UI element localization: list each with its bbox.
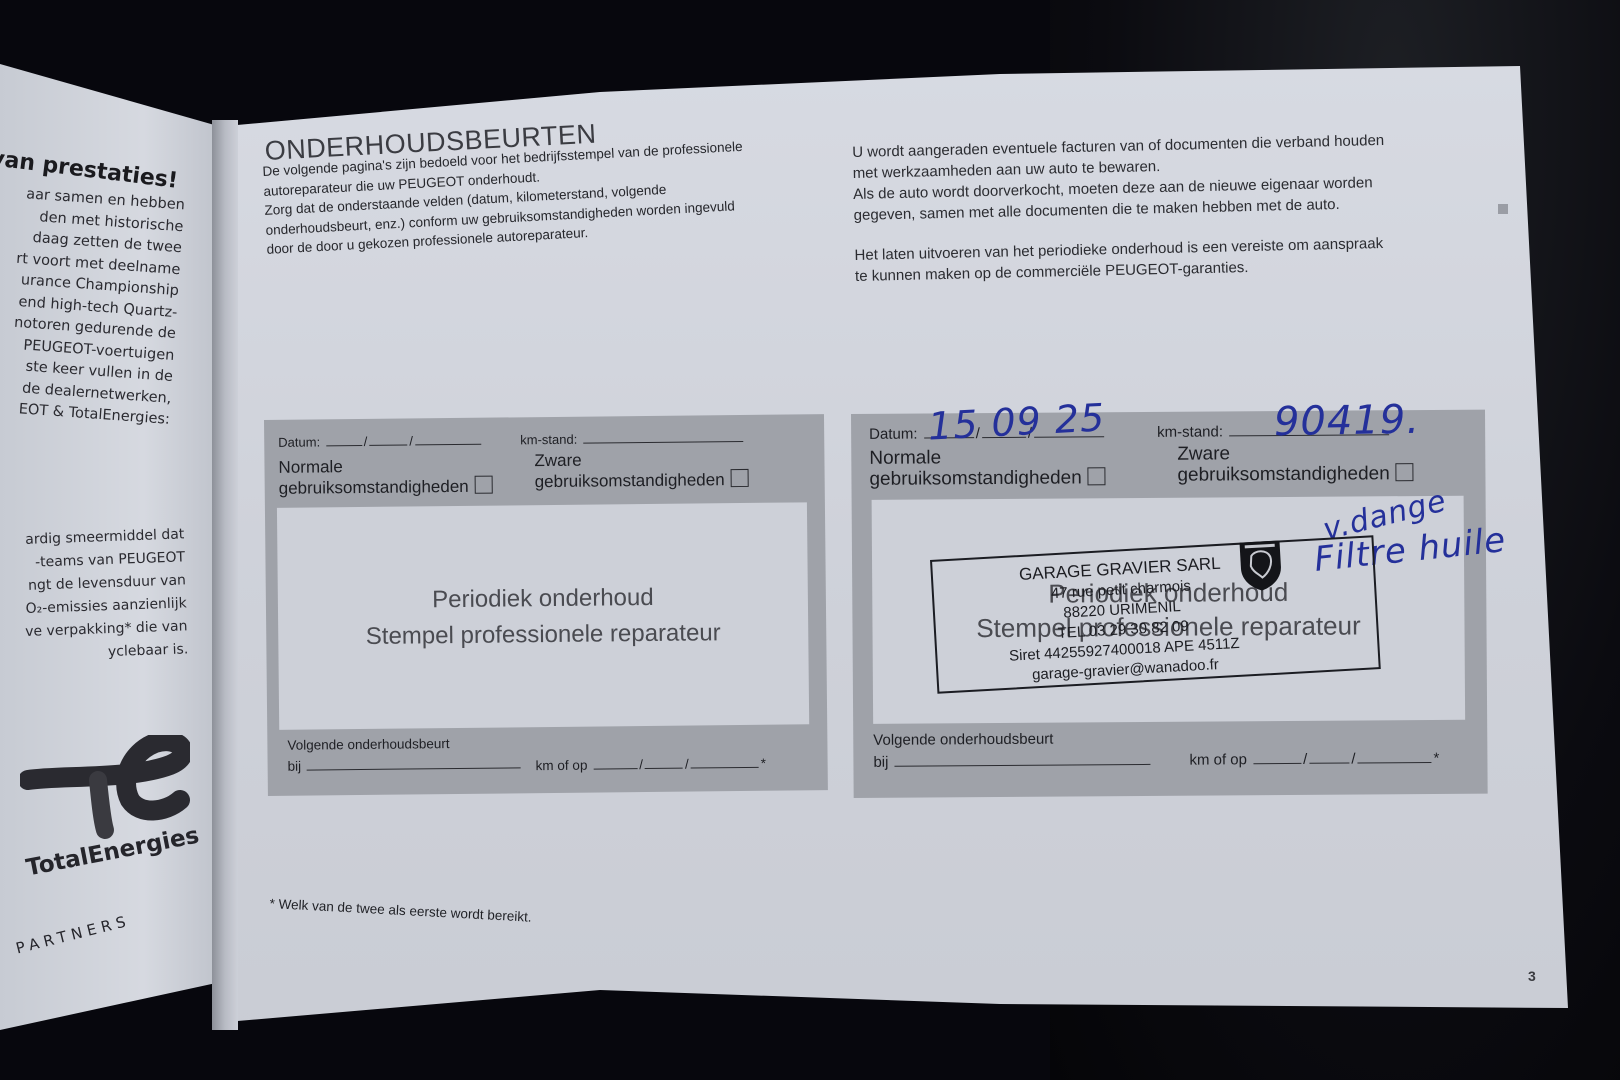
garage-stamp: GARAGE GRAVIER SARL 47 rue petit charmoi… — [930, 535, 1381, 694]
normal-conditions-checkbox[interactable] — [1088, 467, 1106, 485]
next-date-day-blank[interactable] — [593, 756, 637, 769]
normal-conditions: Normale gebruiksomstandigheden — [869, 446, 1106, 490]
next-service-date-field[interactable]: km of op //* — [1189, 750, 1439, 769]
page-marker-square — [1498, 204, 1508, 214]
km-or-label: km of op — [1189, 751, 1247, 768]
next-service-label: Volgende onderhoudsbeurt — [287, 736, 449, 753]
normal-label: Normale — [278, 456, 492, 478]
maintenance-page-content: ONDERHOUDSBEURTEN De volgende pagina's z… — [0, 0, 1620, 1080]
next-date-month-blank[interactable] — [645, 756, 683, 769]
normal-label-2: gebruiksomstandigheden — [279, 477, 469, 498]
next-service-date-field[interactable]: km of op //* — [536, 755, 766, 773]
photo-scene: van prestaties! aar samen en hebben den … — [0, 0, 1620, 1080]
next-date-year-blank[interactable] — [691, 755, 759, 769]
heavy-conditions-checkbox[interactable] — [731, 469, 749, 487]
heavy-label: Zware — [1177, 442, 1413, 465]
intro-text-right: U wordt aangeraden eventuele facturen va… — [852, 128, 1475, 287]
km-or-label: km of op — [536, 758, 588, 774]
next-service-label: Volgende onderhoudsbeurt — [873, 731, 1053, 749]
normal-conditions: Normale gebruiksomstandigheden — [278, 456, 492, 499]
date-year-blank[interactable] — [415, 432, 481, 446]
date-month-blank[interactable] — [369, 433, 407, 446]
heavy-label-2: gebruiksomstandigheden — [1177, 463, 1389, 485]
heavy-conditions: Zware gebruiksomstandigheden — [1177, 442, 1414, 486]
bij-label: bij — [288, 759, 302, 774]
date-day-blank[interactable] — [326, 433, 362, 446]
footnote: * Welk van de twee als eerste wordt bere… — [269, 896, 532, 925]
km-label: km-stand: — [520, 432, 577, 448]
stamp-placeholder-title: Periodiek onderhoud — [278, 582, 808, 616]
page-number: 3 — [1528, 968, 1536, 984]
stamp-area: Periodiek onderhoud Stempel professionel… — [277, 502, 809, 730]
maintenance-form-1: Datum: // km-stand: Normale gebruiksomst… — [264, 414, 828, 796]
next-km-blank[interactable] — [307, 755, 521, 770]
date-field[interactable]: Datum: // — [278, 432, 483, 450]
peugeot-lion-shield-icon — [1236, 536, 1285, 592]
next-date-day-blank[interactable] — [1253, 751, 1301, 764]
next-date-year-blank[interactable] — [1357, 750, 1431, 764]
next-service-km-field[interactable]: bij — [873, 752, 1152, 771]
next-date-month-blank[interactable] — [1309, 751, 1349, 764]
asterisk: * — [761, 756, 766, 771]
heavy-conditions: Zware gebruiksomstandigheden — [534, 449, 748, 492]
normal-conditions-checkbox[interactable] — [475, 476, 493, 494]
handwritten-date: 15 09 25 — [927, 395, 1106, 448]
heavy-conditions-checkbox[interactable] — [1396, 463, 1414, 481]
heavy-label: Zware — [534, 449, 748, 471]
normal-label-2: gebruiksomstandigheden — [869, 467, 1081, 489]
next-service-km-field[interactable]: bij — [288, 755, 523, 773]
km-blank[interactable] — [583, 429, 743, 444]
bij-label: bij — [873, 754, 888, 771]
stamp-placeholder-subtitle: Stempel professionele reparateur — [278, 618, 808, 652]
next-km-blank[interactable] — [895, 752, 1151, 767]
date-label: Datum: — [869, 426, 917, 443]
date-label: Datum: — [278, 434, 320, 449]
heavy-label-2: gebruiksomstandigheden — [535, 470, 725, 491]
km-field[interactable]: km-stand: — [520, 429, 745, 447]
normal-label: Normale — [869, 446, 1105, 469]
handwritten-km: 90419. — [1274, 397, 1421, 446]
km-label: km-stand: — [1157, 423, 1223, 440]
asterisk: * — [1433, 750, 1439, 767]
